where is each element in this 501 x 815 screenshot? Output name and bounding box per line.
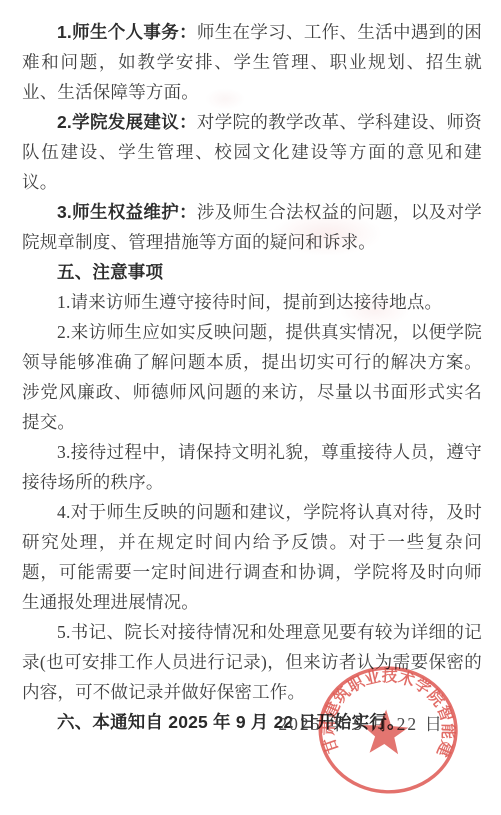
item-lead: 1.师生个人事务： [57,22,197,42]
note-item-3: 3.接待过程中，请保持文明礼貌，尊重接待人员，遵守接待场所的秩序。 [22,437,482,497]
notice-page: 1.师生个人事务：师生在学习、工作、生活中遇到的困难和问题，如教学安排、学生管理… [0,0,501,815]
list-item-rights-protection: 3.师生权益维护：涉及师生合法权益的问题，以及对学院规章制度、管理措施等方面的疑… [22,197,482,257]
list-item-personal-affairs: 1.师生个人事务：师生在学习、工作、生活中遇到的困难和问题，如教学安排、学生管理… [22,17,482,107]
notice-document: 1.师生个人事务：师生在学习、工作、生活中遇到的困难和问题，如教学安排、学生管理… [22,17,482,737]
note-item-4: 4.对于师生反映的问题和建议，学院将认真对待，及时研究处理，并在规定时间内给予反… [22,497,482,617]
list-item-development-suggestions: 2.学院发展建议：对学院的教学改革、学科建设、师资队伍建设、学生管理、校园文化建… [22,107,482,197]
note-item-5: 5.书记、院长对接待情况和处理意见要有较为详细的记录(也可安排工作人员进行记录)… [22,617,482,707]
item-lead: 3.师生权益维护： [57,202,197,222]
note-item-2: 2.来访师生应如实反映问题，提供真实情况，以便学院领导能够准确了解问题本质，提出… [22,317,482,437]
section-heading-notes: 五、注意事项 [22,257,482,287]
note-item-1: 1.请来访师生遵守接待时间，提前到达接待地点。 [22,287,482,317]
item-lead: 2.学院发展建议： [57,112,197,132]
signature-date: 2025 年 9 月 22 日 [278,711,444,736]
